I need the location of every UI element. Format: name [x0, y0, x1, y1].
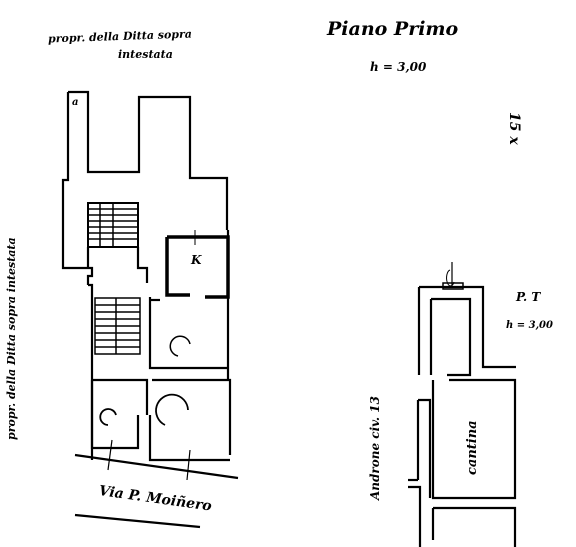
ground-floor-title: P. T	[516, 290, 540, 304]
margin-note: 15 x	[506, 112, 522, 145]
left-note: propr. della Ditta sopra intestata	[5, 237, 18, 440]
kitchen-mark: K	[191, 253, 201, 267]
page-title: Piano Primo	[327, 18, 458, 40]
top-note-line2: intestata	[118, 48, 173, 61]
cellar-label: cantina	[465, 420, 480, 475]
ground-floor-height: h = 3,00	[506, 320, 553, 331]
height-note: h = 3,00	[370, 60, 426, 74]
alley-label: Androne civ. 13	[368, 396, 382, 500]
floor-plan-drawing	[0, 0, 576, 547]
chimney-mark: a	[72, 97, 78, 108]
